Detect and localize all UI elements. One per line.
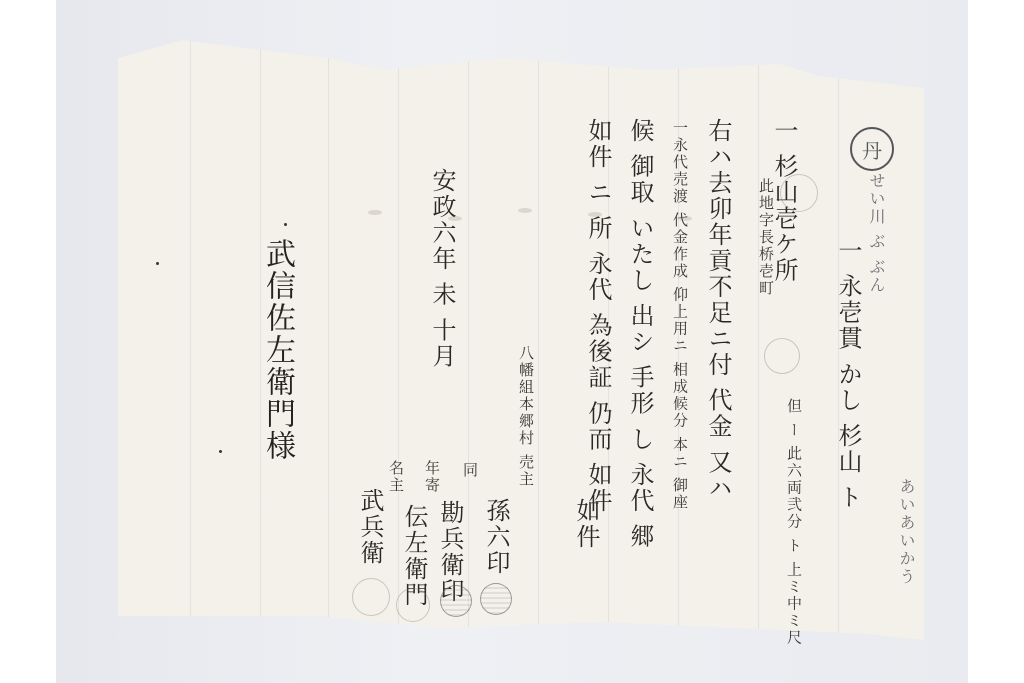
ink-dot — [156, 262, 159, 265]
signer-role: 名主 — [388, 460, 403, 494]
paper-fold — [190, 40, 192, 640]
body-column: 如件 — [574, 498, 598, 550]
paper-fleck — [518, 208, 532, 213]
seal-stamp — [440, 585, 472, 617]
seal-stamp — [352, 578, 390, 616]
note-column: 但 ー 此六両弐分 ト 上ミ中ミ尺 — [786, 398, 801, 646]
pencil-note-bottom: あいあいかう — [898, 478, 914, 586]
body-column: 候 御取 いたし 出シ 手形 し 永代 郷 — [628, 118, 652, 549]
paper-fold — [758, 40, 760, 640]
document-paper — [118, 40, 924, 640]
ink-dot — [219, 450, 222, 453]
signer-role: 年寄 — [424, 460, 439, 494]
text-column: 一 永壱貫 かし 杉山 ト — [836, 238, 860, 511]
signer-role: 同 — [462, 462, 477, 479]
paper-fold — [538, 40, 540, 640]
paper-fleck — [368, 210, 382, 215]
heading-sub: 此地字長桥壱町 — [758, 178, 773, 297]
paper-fold — [328, 40, 330, 640]
body-column: 如件 ニ 所 永代 為後証 仍而 如件 — [586, 118, 610, 514]
paper-fold — [468, 40, 470, 640]
ink-dot — [284, 223, 287, 226]
signer-name: 武兵衛 — [358, 488, 382, 566]
seal-stamp — [396, 588, 430, 622]
signer-name: 孫六印 — [484, 498, 508, 576]
seal-stamp — [480, 583, 512, 615]
inked-circle-mark: 丹 — [850, 127, 894, 171]
village-line: 八幡組本郷村 売主 — [518, 345, 533, 488]
seal-stamp — [780, 174, 818, 212]
body-column: 一永代売渡 代金作成 仰上用ニ 相成候分 本ニ 御座 — [672, 120, 687, 511]
seal-stamp — [764, 338, 800, 374]
addressee: 武信佐左衛門様 — [262, 238, 292, 462]
body-column: 右ハ去卯年貢不足ニ付 代金 又ハ — [706, 118, 730, 501]
pencil-note-top: せい川 ぶ ぶん — [868, 172, 884, 294]
date-line: 安政六年 未 十月 — [430, 168, 454, 369]
circle-mark-glyph: 丹 — [862, 135, 882, 164]
